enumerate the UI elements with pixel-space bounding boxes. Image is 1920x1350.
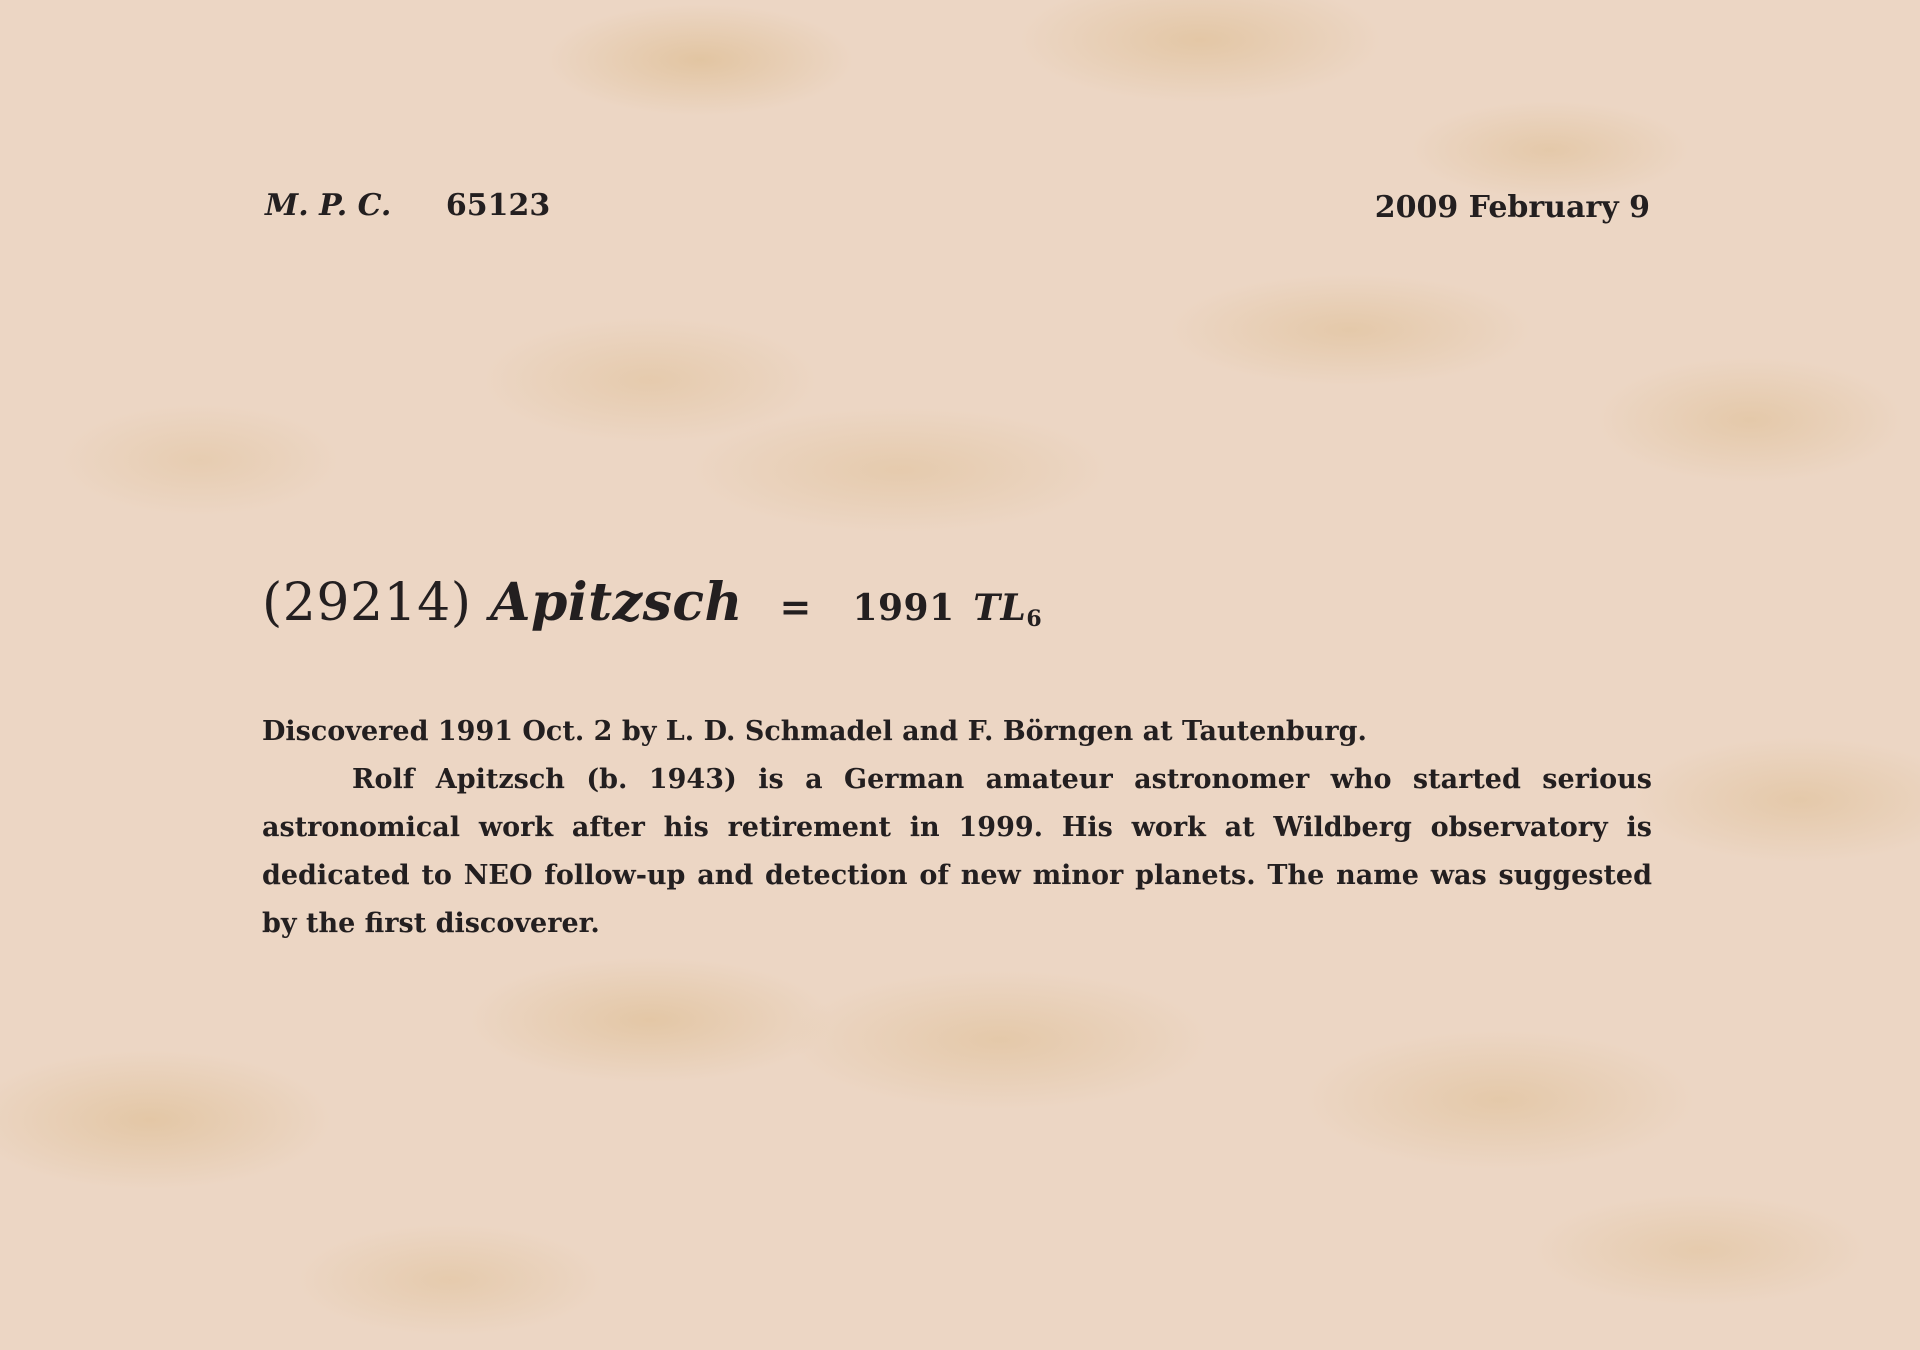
minor-planet-title: (29214) Apitzsch = 1991 TL6 [262, 572, 1042, 633]
circular-label: M. P. C. [265, 188, 391, 223]
circular-header: M. P. C. 65123 [265, 188, 550, 223]
circular-number: 65123 [446, 188, 550, 223]
equals-sign: = [779, 584, 811, 629]
circular-date: 2009 February 9 [1375, 190, 1650, 225]
discovery-line: Discovered 1991 Oct. 2 by L. D. Schmadel… [262, 708, 1652, 756]
minor-planet-number: (29214) [262, 573, 472, 633]
citation-text: Rolf Apitzsch (b. 1943) is a German amat… [262, 756, 1652, 948]
designation-subscript: 6 [1026, 606, 1042, 632]
designation-year: 1991 [852, 587, 954, 629]
designation-letters: TL [973, 587, 1026, 629]
citation-body: Discovered 1991 Oct. 2 by L. D. Schmadel… [262, 708, 1652, 948]
minor-planet-name: Apitzsch [490, 572, 743, 633]
